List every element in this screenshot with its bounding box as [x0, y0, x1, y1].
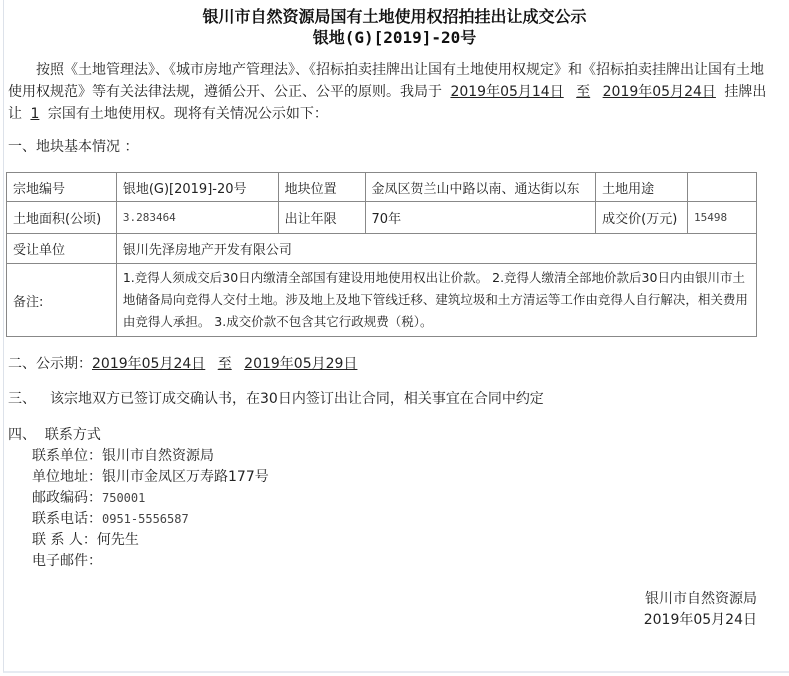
section-3-text: 该宗地双方已签订成交确认书，在30日内签订出让合同，相关事宜在合同中约定 — [50, 391, 544, 407]
section-4-heading: 四、 联系方式 — [8, 425, 101, 445]
publicity-separator: 至 — [214, 356, 236, 372]
contact-unit: 联系单位：银川市自然资源局 — [32, 446, 269, 467]
value-land-use — [688, 173, 757, 202]
intro-paragraph: 按照《土地管理法》、《城市房地产管理法》、《招标拍卖挂牌出让国有土地使用权规定》… — [8, 59, 768, 125]
publicity-start-date: 2019年05月24日 — [92, 356, 209, 372]
contact-email: 电子邮件： — [32, 551, 269, 572]
contact-value: 0951-5556587 — [102, 512, 189, 526]
parcel-count: 1 — [26, 106, 43, 122]
contact-person: 联 系 人：何先生 — [32, 530, 269, 551]
table-row: 土地面积(公顷) 3.283464 出让年限 70年 成交价(万元) 15498 — [7, 202, 757, 234]
contact-value: 银川市金凤区万寿路177号 — [102, 469, 269, 485]
table-row: 宗地编号 银地(G)[2019]-20号 地块位置 金凤区贺兰山中路以南、通达街… — [7, 173, 757, 202]
contact-info: 联系单位：银川市自然资源局 单位地址：银川市金凤区万寿路177号 邮政编码：75… — [32, 446, 269, 572]
section-3-heading: 三、 — [8, 391, 36, 407]
contact-address: 单位地址：银川市金凤区万寿路177号 — [32, 467, 269, 488]
label-remarks: 备注: — [7, 264, 117, 337]
publicity-end-date: 2019年05月29日 — [240, 356, 361, 372]
contact-label: 联系单位： — [32, 448, 102, 464]
signature-date: 2019年05月24日 — [644, 610, 757, 631]
document-number: 银地(G)[2019]-20号 — [0, 25, 789, 48]
listing-start-date: 2019年05月14日 — [446, 84, 567, 100]
contact-label: 单位地址： — [32, 469, 102, 485]
value-remarks: 1.竞得人须成交后30日内缴清全部国有建设用地使用权出让价款。 2.竞得人缴清全… — [116, 264, 756, 337]
contact-label: 电子邮件： — [32, 553, 102, 569]
label-parcel-number: 宗地编号 — [7, 173, 117, 202]
date-separator: 至 — [572, 84, 594, 100]
contact-value: 750001 — [102, 491, 145, 505]
value-term: 70年 — [365, 202, 596, 234]
value-transferee: 银川先泽房地产开发有限公司 — [116, 234, 756, 264]
contact-label: 联系电话： — [32, 511, 102, 527]
listing-end-date: 2019年05月24日 — [599, 84, 720, 100]
section-3: 三、该宗地双方已签订成交确认书，在30日内签订出让合同，相关事宜在合同中约定 — [8, 389, 544, 409]
signature-org: 银川市自然资源局 — [644, 589, 757, 610]
contact-phone: 联系电话：0951-5556587 — [32, 509, 269, 530]
label-land-use: 土地用途 — [596, 173, 688, 202]
contact-value: 何先生 — [97, 532, 139, 548]
label-transferee: 受让单位 — [7, 234, 117, 264]
section-1-heading: 一、地块基本情况 ： — [8, 137, 138, 157]
label-area: 土地面积(公顷) — [7, 202, 117, 234]
label-location: 地块位置 — [278, 173, 365, 202]
section-2-heading: 二、公示期： — [8, 356, 92, 372]
value-price: 15498 — [688, 202, 757, 234]
table-row: 备注: 1.竞得人须成交后30日内缴清全部国有建设用地使用权出让价款。 2.竞得… — [7, 264, 757, 337]
section-2-publicity-period: 二、公示期：2019年05月24日 至 2019年05月29日 — [8, 354, 361, 374]
page-title: 银川市自然资源局国有土地使用权招拍挂出让成交公示 — [0, 4, 789, 27]
value-area: 3.283464 — [116, 202, 278, 234]
parcel-info-table: 宗地编号 银地(G)[2019]-20号 地块位置 金凤区贺兰山中路以南、通达街… — [6, 172, 757, 337]
contact-label: 邮政编码： — [32, 490, 102, 506]
signature-block: 银川市自然资源局 2019年05月24日 — [644, 589, 757, 631]
intro-text-after: 宗国有土地使用权。现将有关情况公示如下： — [48, 106, 328, 122]
label-term: 出让年限 — [278, 202, 365, 234]
contact-value: 银川市自然资源局 — [102, 448, 214, 464]
value-location: 金凤区贺兰山中路以南、通达街以东 — [365, 173, 596, 202]
table-row: 受让单位 银川先泽房地产开发有限公司 — [7, 234, 757, 264]
contact-label: 联 系 人： — [32, 532, 97, 548]
value-parcel-number: 银地(G)[2019]-20号 — [116, 173, 278, 202]
contact-postcode: 邮政编码：750001 — [32, 488, 269, 509]
label-price: 成交价(万元) — [596, 202, 688, 234]
